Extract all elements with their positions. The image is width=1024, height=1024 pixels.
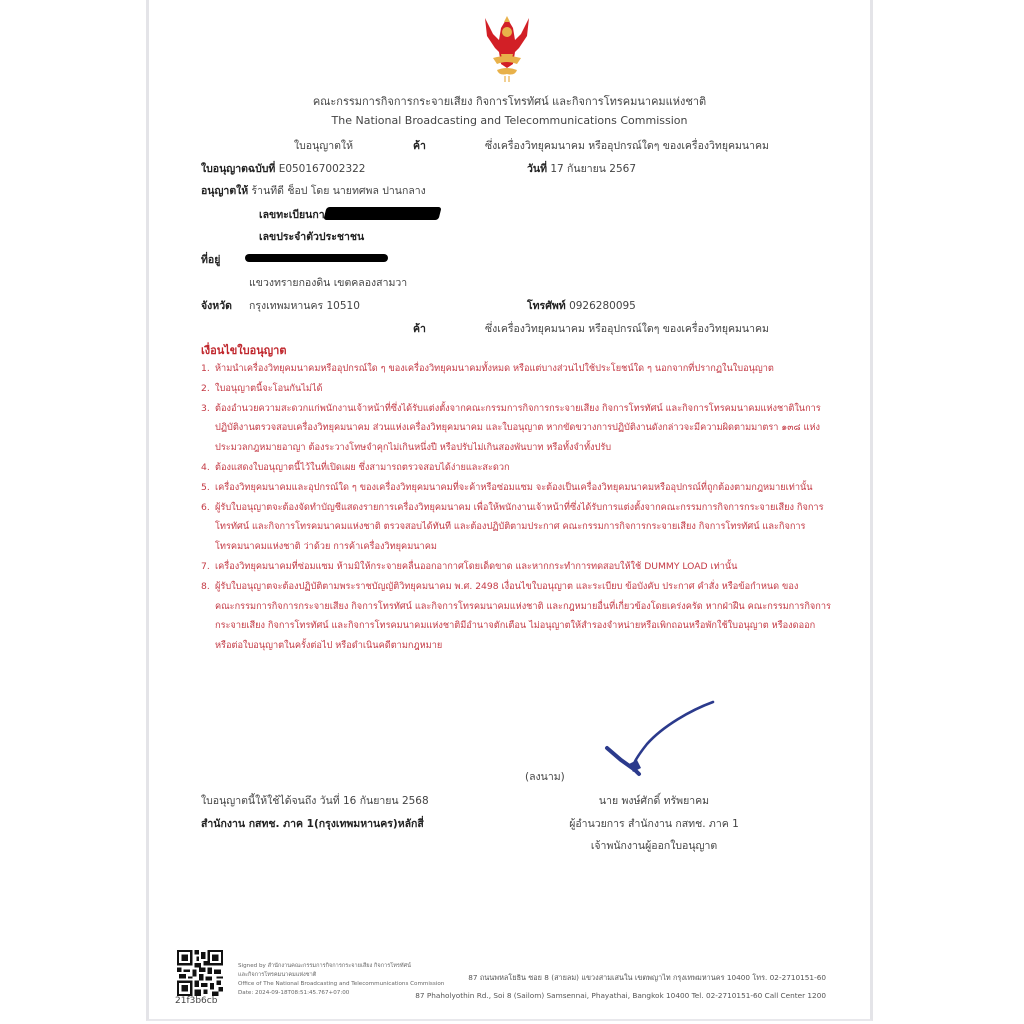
condition-line: 1.ห้ามนำเครื่องวิทยุคมนาคมหรืออุปกรณ์ใด … [201, 359, 774, 379]
condition-text: ประมวลกฎหมายอาญา ต้องระวางโทษจำคุกไม่เกิ… [215, 442, 611, 453]
condition-text: โทรคมนาคมแห่งชาติ ว่าด้วย การค้าเครื่องว… [215, 541, 437, 552]
condition-line: 7.เครื่องวิทยุคมนาคมที่ซ่อมแซม ห้ามมิให้… [201, 557, 737, 577]
condition-line: โทรทัศน์ และกิจการโทรคมนาคมแห่งชาติ ตรวจ… [201, 517, 806, 537]
condition-line: คณะกรรมการกิจการกระจายเสียง กิจการโทรทัศ… [201, 597, 831, 617]
conditions-title: เงื่อนไขใบอนุญาต [201, 341, 286, 359]
org-name-thai: คณะกรรมการกิจการกระจายเสียง กิจการโทรทัศ… [149, 92, 870, 110]
redacted-registration-number [323, 207, 441, 220]
activity-desc: ซึ่งเครื่องวิทยุคมนาคม หรืออุปกรณ์ใดๆ ขอ… [485, 320, 769, 337]
citizen-id-label: เลขประจำตัวประชาชน [259, 228, 364, 245]
license-number-label: ใบอนุญาตฉบับที่ [201, 163, 275, 175]
license-number: E050167002322 [279, 163, 366, 175]
address-label: ที่อยู่ [201, 251, 220, 268]
condition-line: 5.เครื่องวิทยุคมนาคมและอุปกรณ์ใด ๆ ของเค… [201, 478, 813, 498]
condition-line: ปฏิบัติงานตรวจสอบเครื่องวิทยุคมนาคม ส่วน… [201, 418, 820, 438]
condition-text: โทรทัศน์ และกิจการโทรคมนาคมแห่งชาติ ตรวจ… [215, 521, 806, 532]
condition-text: ห้ามนำเครื่องวิทยุคมนาคมหรืออุปกรณ์ใด ๆ … [215, 363, 774, 374]
condition-line: โทรคมนาคมแห่งชาติ ว่าด้วย การค้าเครื่องว… [201, 537, 437, 557]
office-address-thai: 87 ถนนพหลโยธิน ซอย 8 (สายลม) แขวงสามเสนใ… [468, 973, 826, 984]
condition-text: เครื่องวิทยุคมนาคมและอุปกรณ์ใด ๆ ของเครื… [215, 482, 813, 493]
license-for-label: ใบอนุญาตให้ [294, 137, 353, 154]
valid-until: ใบอนุญาตนี้ให้ใช้ได้จนถึง วันที่ 16 กันย… [201, 792, 429, 809]
condition-line: 8.ผู้รับใบอนุญาตจะต้องปฏิบัติตามพระราชบั… [201, 577, 798, 597]
address-line-2: แขวงทรายกองดิน เขตคลองสามวา [249, 274, 407, 291]
license-date-row: วันที่ 17 กันยายน 2567 [527, 160, 636, 177]
office-address-english: 87 Phaholyothin Rd., Soi 8 (Sailom) Sams… [415, 991, 826, 1000]
org-name-english: The National Broadcasting and Telecommun… [149, 114, 870, 127]
condition-line: ประมวลกฎหมายอาญา ต้องระวางโทษจำคุกไม่เกิ… [201, 438, 611, 458]
condition-number: 6. [201, 498, 215, 518]
signer-role: เจ้าพนักงานผู้ออกใบอนุญาต [529, 837, 779, 854]
condition-number: 8. [201, 577, 215, 597]
condition-number: 1. [201, 359, 215, 379]
condition-text: ต้องแสดงใบอนุญาตนี้ไว้ในที่เปิดเผย ซึ่งส… [215, 462, 510, 473]
signature-mark [601, 698, 719, 778]
license-document: คณะกรรมการกิจการกระจายเสียง กิจการโทรทัศ… [146, 0, 873, 1021]
condition-text: ผู้รับใบอนุญาตจะต้องปฏิบัติตามพระราชบัญญ… [215, 581, 798, 592]
condition-text: ใบอนุญาตนี้จะโอนกันไม่ได้ [215, 383, 323, 394]
province-label: จังหวัด [201, 297, 232, 314]
license-date-label: วันที่ [527, 163, 547, 175]
condition-line: 2.ใบอนุญาตนี้จะโอนกันไม่ได้ [201, 379, 323, 399]
qr-code-icon[interactable] [177, 950, 223, 996]
digital-signature-block: Signed by สำนักงานคณะกรรมการกิจการกระจาย… [238, 962, 444, 998]
condition-text: หรือต่อใบอนุญาตในครั้งต่อไป หรือดำเนินคด… [215, 640, 442, 651]
condition-line: หรือต่อใบอนุญาตในครั้งต่อไป หรือดำเนินคด… [201, 636, 442, 656]
grantee-row: อนุญาตให้ ร้านทีดี ช็อป โดย นายทศพล ปานก… [201, 182, 426, 199]
signed-by-th-2: และกิจการโทรคมนาคมแห่งชาติ [238, 971, 444, 980]
condition-text: เครื่องวิทยุคมนาคมที่ซ่อมแซม ห้ามมิให้กร… [215, 561, 737, 572]
condition-number: 5. [201, 478, 215, 498]
signed-by-th-1: Signed by สำนักงานคณะกรรมการกิจการกระจาย… [238, 962, 444, 971]
condition-text: ต้องอำนวยความสะดวกแก่พนักงานเจ้าหน้าที่ซ… [215, 403, 821, 414]
signed-by-en: Office of The National Broadcasting and … [238, 980, 444, 989]
license-date: 17 กันยายน 2567 [550, 163, 636, 175]
license-for-desc: ซึ่งเครื่องวิทยุคมนาคม หรืออุปกรณ์ใดๆ ขอ… [485, 137, 769, 154]
grantee-label: อนุญาตให้ [201, 185, 248, 197]
condition-text: ปฏิบัติงานตรวจสอบเครื่องวิทยุคมนาคม ส่วน… [215, 422, 820, 433]
condition-line: กระจายเสียง กิจการโทรทัศน์ และกิจการโทรค… [201, 616, 815, 636]
qr-code-id: 21f3b6cb [175, 996, 217, 1006]
condition-text: กระจายเสียง กิจการโทรทัศน์ และกิจการโทรค… [215, 620, 815, 631]
condition-number: 7. [201, 557, 215, 577]
condition-text: ผู้รับใบอนุญาตจะต้องจัดทำบัญชีแสดงรายการ… [215, 502, 824, 513]
condition-text: คณะกรรมการกิจการกระจายเสียง กิจการโทรทัศ… [215, 601, 831, 612]
condition-number: 2. [201, 379, 215, 399]
condition-line: 3.ต้องอำนวยความสะดวกแก่พนักงานเจ้าหน้าที… [201, 399, 821, 419]
grantee-name: ร้านทีดี ช็อป โดย นายทศพล ปานกลาง [252, 185, 426, 197]
signed-date: Date: 2024-09-18T08:51:45.767+07:00 [238, 989, 444, 998]
license-for-type: ค้า [413, 137, 426, 154]
condition-line: 6.ผู้รับใบอนุญาตจะต้องจัดทำบัญชีแสดงรายก… [201, 498, 824, 518]
province-value: กรุงเทพมหานคร 10510 [249, 297, 360, 314]
condition-number: 4. [201, 458, 215, 478]
signer-title: ผู้อำนวยการ สำนักงาน กสทช. ภาค 1 [529, 815, 779, 832]
condition-line: 4.ต้องแสดงใบอนุญาตนี้ไว้ในที่เปิดเผย ซึ่… [201, 458, 510, 478]
redacted-address [245, 254, 388, 262]
condition-number: 3. [201, 399, 215, 419]
activity-type: ค้า [413, 320, 426, 337]
phone-row: โทรศัพท์ 0926280095 [527, 297, 636, 314]
issuing-office: สำนักงาน กสทช. ภาค 1(กรุงเทพมหานคร)หลักส… [201, 815, 424, 832]
phone-label: โทรศัพท์ [527, 300, 566, 312]
signer-name: นาย พงษ์ศักดิ์ ทรัพยาคม [529, 792, 779, 809]
license-number-row: ใบอนุญาตฉบับที่ E050167002322 [201, 160, 366, 177]
conditions-list: 1.ห้ามนำเครื่องวิทยุคมนาคมหรืออุปกรณ์ใด … [201, 359, 841, 659]
sign-label: (ลงนาม) [525, 768, 565, 785]
phone-number: 0926280095 [569, 300, 636, 312]
garuda-emblem-icon [479, 14, 535, 84]
